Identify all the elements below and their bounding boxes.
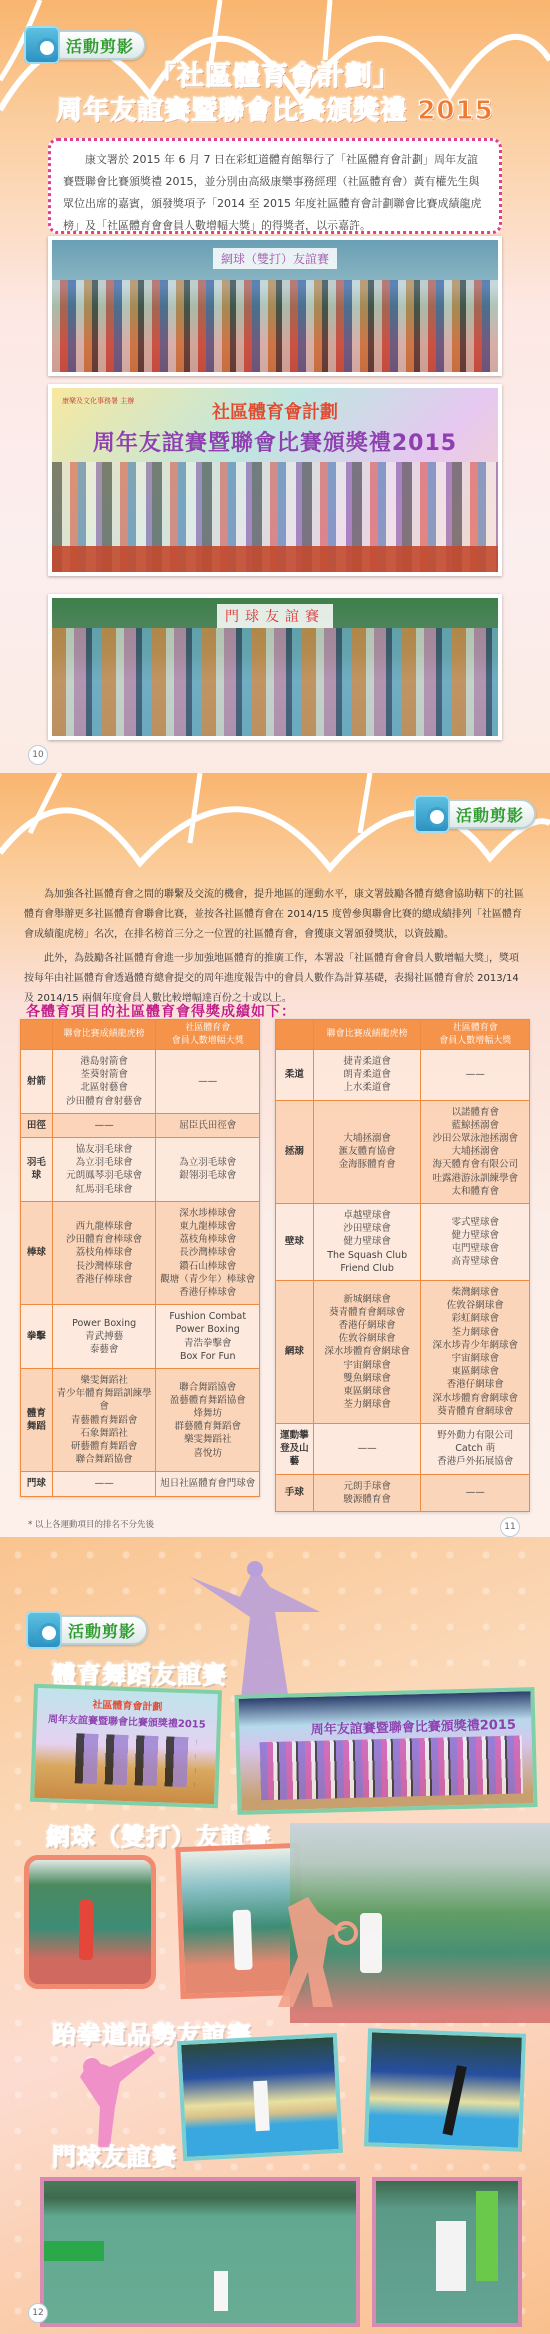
page-11: 活動剪影 為加強各社區體育會之間的聯繫及交流的機會，提升地區的運動水平，康文署鼓… — [0, 773, 550, 1537]
table-row: 體育舞蹈樂雯舞蹈社青少年體育舞蹈訓練學會青藝體育舞蹈會石象舞蹈社研藝體育舞蹈會聯… — [21, 1369, 260, 1472]
club-name: 大埔拯溺會 — [423, 1145, 527, 1158]
club-name: 雙魚網球會 — [316, 1372, 419, 1385]
membership-growth-cell: 為立羽毛球會銀翎羽毛球會 — [156, 1138, 260, 1202]
intro-paragraph-2: 此外，為鼓勵各社區體育會進一步加強地區體育的推廣工作，本署設「社區體育會會員人數… — [24, 949, 524, 1009]
league-ranking-cell: 大埔拯溺會滙友體育協會金海豚體育會 — [313, 1100, 421, 1203]
sport-name: 拯溺 — [276, 1100, 314, 1203]
camera-icon — [414, 795, 450, 833]
table-row: 手球元朗手球會駿源體育會—— — [276, 1474, 530, 1511]
club-name: 為立羽毛球會 — [158, 1156, 257, 1169]
club-name: 柴灣網球會 — [423, 1286, 527, 1299]
league-ranking-cell: Power Boxing青武搏藝泰藝會 — [52, 1305, 156, 1369]
club-name: 香港仔網球會 — [423, 1378, 527, 1391]
club-name: —— — [316, 1442, 419, 1455]
club-name: 烽舞坊 — [158, 1407, 257, 1420]
club-name: —— — [55, 1119, 154, 1132]
club-name: 上水柔道會 — [316, 1081, 419, 1094]
membership-growth-cell: Fushion CombatPower Boxing青浩拳擊會Box For F… — [156, 1305, 260, 1369]
club-name: The Squash Club — [316, 1249, 419, 1262]
club-name: 香港仔棒球會 — [55, 1273, 154, 1286]
sport-name: 棒球 — [21, 1201, 53, 1304]
photo-gateball-court — [40, 2177, 360, 2327]
club-name: 長沙灣棒球會 — [55, 1260, 154, 1273]
club-name: 西九龍棒球會 — [55, 1220, 154, 1233]
awards-table-body: 柔道捷青柔道會朗青柔道會上水柔道會——拯溺大埔拯溺會滙友體育協會金海豚體育會以諾… — [276, 1050, 530, 1512]
league-ranking-cell: 西九龍棒球會沙田體育會棒球會荔枝角棒球會長沙灣棒球會香港仔棒球會 — [52, 1201, 156, 1304]
club-name: 卓越壁球會 — [316, 1209, 419, 1222]
sport-name: 壁球 — [276, 1204, 314, 1281]
awards-table-body: 射箭港島射箭會荃葵射箭會北區射藝會沙田體育會射藝會——田徑——屈臣氏田徑會羽毛球… — [21, 1050, 260, 1497]
club-name: 沙田壁球會 — [316, 1222, 419, 1235]
section-title-gateball: 門球友誼賽 — [52, 2137, 177, 2172]
club-name: 樂雯舞蹈社 — [158, 1433, 257, 1446]
league-ranking-cell: —— — [313, 1424, 421, 1475]
club-name: 長沙灣棒球會 — [158, 1246, 257, 1259]
club-name: 協友羽毛球會 — [55, 1143, 154, 1156]
sport-name: 運動攀登及山藝 — [276, 1424, 314, 1475]
league-ranking-cell: 港島射箭會荃葵射箭會北區射藝會沙田體育會射藝會 — [52, 1050, 156, 1114]
camera-icon — [26, 1611, 62, 1649]
membership-growth-cell: 零式壁球會健力壁球會屯門壁球會高青壁球會 — [421, 1204, 530, 1281]
sport-name: 手球 — [276, 1474, 314, 1511]
club-name: 元朗手球會 — [316, 1480, 419, 1493]
club-name: 研藝體育舞蹈會 — [55, 1440, 154, 1453]
club-name: 盈藝體育舞蹈協會 — [158, 1394, 257, 1407]
club-name: Power Boxing — [55, 1317, 154, 1330]
club-name: —— — [158, 1075, 257, 1088]
club-name: 青少年體育舞蹈訓練學會 — [55, 1387, 154, 1413]
club-name: 荃力網球會 — [423, 1326, 527, 1339]
sport-name: 柔道 — [276, 1050, 314, 1101]
activity-snapshot-badge: 活動剪影 — [32, 1615, 148, 1645]
tennis-player-silhouette-icon — [268, 1897, 358, 2007]
header-sport — [21, 1020, 53, 1050]
club-name: 深水埗體育會網球會 — [423, 1392, 527, 1405]
photo-banner-text: 門球友誼賽 — [217, 604, 333, 628]
table-row: 羽毛球協友羽毛球會為立羽毛球會元朗鳳琴羽毛球會紅馬羽毛球會為立羽毛球會銀翎羽毛球… — [21, 1138, 260, 1202]
photo-award-ceremony: 康樂及文化事務署 主辦 社區體育會計劃 周年友誼賽暨聯會比賽頒獎禮2015 — [48, 384, 502, 576]
club-name: —— — [423, 1068, 527, 1081]
club-name: 宇宙網球會 — [316, 1359, 419, 1372]
club-name: 零式壁球會 — [423, 1216, 527, 1229]
club-name: 港島射箭會 — [55, 1055, 154, 1068]
club-name: 銀翎羽毛球會 — [158, 1169, 257, 1182]
membership-growth-cell: —— — [156, 1050, 260, 1114]
awards-table-right: 聯會比賽成績龍虎榜 社區體育會 會員人數增幅大獎 柔道捷青柔道會朗青柔道會上水柔… — [275, 1019, 530, 1512]
club-name: Fushion Combat — [158, 1310, 257, 1323]
photo-taekwondo-1 — [177, 2033, 343, 2161]
club-name: 荔枝角棒球會 — [158, 1233, 257, 1246]
page-number: 10 — [28, 745, 48, 765]
photo-gateball-player — [372, 2177, 522, 2327]
page-number: 12 — [28, 2303, 48, 2323]
club-name: 健力壁球會 — [423, 1229, 527, 1242]
club-name: 彩虹網球會 — [423, 1312, 527, 1325]
club-name: 東區網球會 — [423, 1365, 527, 1378]
photo-dance-couple: 社區體育會計劃 周年友誼賽暨聯會比賽頒獎禮2015 — [30, 1684, 222, 1808]
membership-growth-cell: 屈臣氏田徑會 — [156, 1113, 260, 1137]
club-name: 太和體育會 — [423, 1185, 527, 1198]
title-line-1: 「社區體育會計劃」 — [0, 60, 550, 94]
club-name: 荃葵射箭會 — [55, 1068, 154, 1081]
club-name: 香港戶外拓展協會 — [423, 1455, 527, 1468]
club-name: 沙田體育會射藝會 — [55, 1095, 154, 1108]
club-name: 高青壁球會 — [423, 1255, 527, 1268]
intro-paragraph: 康文署於 2015 年 6 月 7 日在彩虹道體育館舉行了「社區體育會計劃」周年… — [63, 149, 487, 237]
club-name: —— — [423, 1486, 527, 1499]
club-name: 東九龍棒球會 — [158, 1220, 257, 1233]
club-name: 青浩拳擊會 — [158, 1337, 257, 1350]
header-league-ranking: 聯會比賽成績龍虎榜 — [313, 1020, 421, 1050]
club-name: 為立羽毛球會 — [55, 1156, 154, 1169]
club-name: Friend Club — [316, 1262, 419, 1275]
photo-gateball-group: 門球友誼賽 — [48, 594, 502, 740]
table-row: 拳擊Power Boxing青武搏藝泰藝會Fushion CombatPower… — [21, 1305, 260, 1369]
membership-growth-cell: 野外動力有限公司Catch 萌香港戶外拓展協會 — [421, 1424, 530, 1475]
club-name: 深水埗青少年網球會 — [423, 1339, 527, 1352]
league-ranking-cell: 捷青柔道會朗青柔道會上水柔道會 — [313, 1050, 421, 1101]
club-name: 旭日社區體育會門球會 — [158, 1477, 257, 1490]
club-name: 野外動力有限公司 — [423, 1429, 527, 1442]
club-name: 佐敦谷網球會 — [316, 1332, 419, 1345]
club-name: —— — [55, 1477, 154, 1490]
club-name: 青藝體育舞蹈會 — [55, 1414, 154, 1427]
club-name: 東區網球會 — [316, 1385, 419, 1398]
club-name: 鑽石山棒球會 — [158, 1260, 257, 1273]
membership-growth-cell: —— — [421, 1050, 530, 1101]
membership-growth-cell: 柴灣網球會佐敦谷網球會彩虹網球會荃力網球會深水埗青少年網球會宇宙網球會東區網球會… — [421, 1281, 530, 1424]
table-row: 運動攀登及山藝——野外動力有限公司Catch 萌香港戶外拓展協會 — [276, 1424, 530, 1475]
club-name: 聯合舞蹈協會 — [158, 1381, 257, 1394]
league-ranking-cell: 元朗手球會駿源體育會 — [313, 1474, 421, 1511]
banner-line-2: 周年友誼賽暨聯會比賽頒獎禮2015 — [52, 426, 498, 457]
sport-name: 射箭 — [21, 1050, 53, 1114]
league-ranking-cell: 協友羽毛球會為立羽毛球會元朗鳳琴羽毛球會紅馬羽毛球會 — [52, 1138, 156, 1202]
photo-taekwondo-2 — [364, 2028, 526, 2151]
club-name: 大埔拯溺會 — [316, 1132, 419, 1145]
club-name: 新城網球會 — [316, 1293, 419, 1306]
sport-name: 拳擊 — [21, 1305, 53, 1369]
club-name: 深水埗體育會網球會 — [316, 1345, 419, 1358]
club-name: 香港仔網球會 — [316, 1319, 419, 1332]
league-ranking-cell: 樂雯舞蹈社青少年體育舞蹈訓練學會青藝體育舞蹈會石象舞蹈社研藝體育舞蹈會聯合舞蹈協… — [52, 1369, 156, 1472]
club-name: 群藝體育舞蹈會 — [158, 1420, 257, 1433]
header-league-ranking: 聯會比賽成績龍虎榜 — [52, 1020, 156, 1050]
awards-table-left: 聯會比賽成績龍虎榜 社區體育會 會員人數增幅大獎 射箭港島射箭會荃葵射箭會北區射… — [20, 1019, 260, 1497]
club-name: 以諾體育會 — [423, 1106, 527, 1119]
header-membership-growth: 社區體育會 會員人數增幅大獎 — [156, 1020, 260, 1050]
club-name: 屯門壁球會 — [423, 1242, 527, 1255]
photo-tennis-group: 網球（雙打）友誼賽 — [48, 236, 502, 376]
club-name: Power Boxing — [158, 1323, 257, 1336]
club-name: 葵青體育會網球會 — [423, 1405, 527, 1418]
club-name: 健力壁球會 — [316, 1235, 419, 1248]
membership-growth-cell: 旭日社區體育會門球會 — [156, 1472, 260, 1496]
club-name: 沙田體育會棒球會 — [55, 1233, 154, 1246]
league-ranking-cell: 新城網球會葵青體育會網球會香港仔網球會佐敦谷網球會深水埗體育會網球會宇宙網球會雙… — [313, 1281, 421, 1424]
awards-subheading: 各體育項目的社區體育會得獎成績如下： — [26, 1001, 296, 1021]
page-10: 活動剪影 「社區體育會計劃」 周年友誼賽暨聯會比賽頒獎禮 2015 康文署於 2… — [0, 0, 550, 773]
membership-growth-cell: 以諾體育會藍鯨拯溺會沙田公眾泳池拯溺會大埔拯溺會海天體育會有限公司吐露港游泳訓練… — [421, 1100, 530, 1203]
table-row: 棒球西九龍棒球會沙田體育會棒球會荔枝角棒球會長沙灣棒球會香港仔棒球會深水埗棒球會… — [21, 1201, 260, 1304]
taekwondo-kick-silhouette-icon — [70, 2047, 160, 2147]
photo-banner-text: 網球（雙打）友誼賽 — [213, 248, 337, 269]
page-number: 11 — [500, 1517, 520, 1537]
title-line-2: 周年友誼賽暨聯會比賽頒獎禮 2015 — [0, 94, 550, 128]
league-ranking-cell: 卓越壁球會沙田壁球會健力壁球會The Squash ClubFriend Clu… — [313, 1204, 421, 1281]
club-name: 葵青體育會網球會 — [316, 1306, 419, 1319]
club-name: 聯合舞蹈協會 — [55, 1453, 154, 1466]
photo-dance-group: 周年友誼賽暨聯會比賽頒獎禮2015 — [234, 1687, 537, 1815]
photo-tennis-serve-1 — [24, 1855, 156, 1989]
club-name: 海天體育會有限公司 — [423, 1158, 527, 1171]
club-name: Box For Fun — [158, 1350, 257, 1363]
club-name: 朗青柔道會 — [316, 1068, 419, 1081]
sport-name: 田徑 — [21, 1113, 53, 1137]
page-12: 活動剪影 體育舞蹈友誼賽 社區體育會計劃 周年友誼賽暨聯會比賽頒獎禮2015 周… — [0, 1537, 550, 2334]
table-row: 拯溺大埔拯溺會滙友體育協會金海豚體育會以諾體育會藍鯨拯溺會沙田公眾泳池拯溺會大埔… — [276, 1100, 530, 1203]
league-ranking-cell: —— — [52, 1472, 156, 1496]
ranking-footnote: * 以上各運動項目的排名不分先後 — [28, 1518, 154, 1530]
page-title: 「社區體育會計劃」 周年友誼賽暨聯會比賽頒獎禮 2015 — [0, 60, 550, 128]
membership-growth-cell: 聯合舞蹈協會盈藝體育舞蹈協會烽舞坊群藝體育舞蹈會樂雯舞蹈社喜悅坊 — [156, 1369, 260, 1472]
club-name: 金海豚體育會 — [316, 1158, 419, 1171]
club-name: 駿源體育會 — [316, 1493, 419, 1506]
table-row: 射箭港島射箭會荃葵射箭會北區射藝會沙田體育會射藝會—— — [21, 1050, 260, 1114]
league-ranking-cell: —— — [52, 1113, 156, 1137]
club-name: 荔枝角棒球會 — [55, 1246, 154, 1259]
table-row: 柔道捷青柔道會朗青柔道會上水柔道會—— — [276, 1050, 530, 1101]
sport-name: 門球 — [21, 1472, 53, 1496]
club-name: 滙友體育協會 — [316, 1145, 419, 1158]
sport-name: 體育舞蹈 — [21, 1369, 53, 1472]
club-name: 香港仔棒球會 — [158, 1286, 257, 1299]
sport-name: 羽毛球 — [21, 1138, 53, 1202]
banner-line-1: 社區體育會計劃 — [52, 398, 498, 424]
club-name: 佐敦谷網球會 — [423, 1299, 527, 1312]
sport-name: 網球 — [276, 1281, 314, 1424]
club-name: 觀塘（青少年）棒球會 — [158, 1273, 257, 1286]
intro-paragraph-1: 為加強各社區體育會之間的聯繫及交流的機會，提升地區的運動水平，康文署鼓勵各體育總… — [24, 885, 524, 945]
club-name: 樂雯舞蹈社 — [55, 1374, 154, 1387]
club-name: 紅馬羽毛球會 — [55, 1183, 154, 1196]
club-name: 喜悅坊 — [158, 1447, 257, 1460]
membership-growth-cell: 深水埗棒球會東九龍棒球會荔枝角棒球會長沙灣棒球會鑽石山棒球會觀塘（青少年）棒球會… — [156, 1201, 260, 1304]
activity-snapshot-badge: 活動剪影 — [420, 799, 536, 829]
activity-snapshot-badge: 活動剪影 — [30, 30, 146, 60]
club-name: 荃力網球會 — [316, 1398, 419, 1411]
club-name: 吐露港游泳訓練學會 — [423, 1172, 527, 1185]
club-name: 深水埗棒球會 — [158, 1207, 257, 1220]
club-name: 泰藝會 — [55, 1343, 154, 1356]
club-name: 宇宙網球會 — [423, 1352, 527, 1365]
header-sport — [276, 1020, 314, 1050]
intro-text-box: 康文署於 2015 年 6 月 7 日在彩虹道體育館舉行了「社區體育會計劃」周年… — [48, 138, 502, 234]
membership-growth-cell: —— — [421, 1474, 530, 1511]
club-name: 屈臣氏田徑會 — [158, 1119, 257, 1132]
club-name: 沙田公眾泳池拯溺會 — [423, 1132, 527, 1145]
table-row: 壁球卓越壁球會沙田壁球會健力壁球會The Squash ClubFriend C… — [276, 1204, 530, 1281]
camera-icon — [24, 26, 60, 64]
club-name: 青武搏藝 — [55, 1330, 154, 1343]
club-name: 北區射藝會 — [55, 1081, 154, 1094]
club-name: 藍鯨拯溺會 — [423, 1119, 527, 1132]
club-name: 石象舞蹈社 — [55, 1427, 154, 1440]
club-name: 元朗鳳琴羽毛球會 — [55, 1169, 154, 1182]
table-row: 網球新城網球會葵青體育會網球會香港仔網球會佐敦谷網球會深水埗體育會網球會宇宙網球… — [276, 1281, 530, 1424]
header-membership-growth: 社區體育會 會員人數增幅大獎 — [421, 1020, 530, 1050]
club-name: 捷青柔道會 — [316, 1055, 419, 1068]
club-name: Catch 萌 — [423, 1442, 527, 1455]
table-row: 田徑——屈臣氏田徑會 — [21, 1113, 260, 1137]
table-row: 門球——旭日社區體育會門球會 — [21, 1472, 260, 1496]
